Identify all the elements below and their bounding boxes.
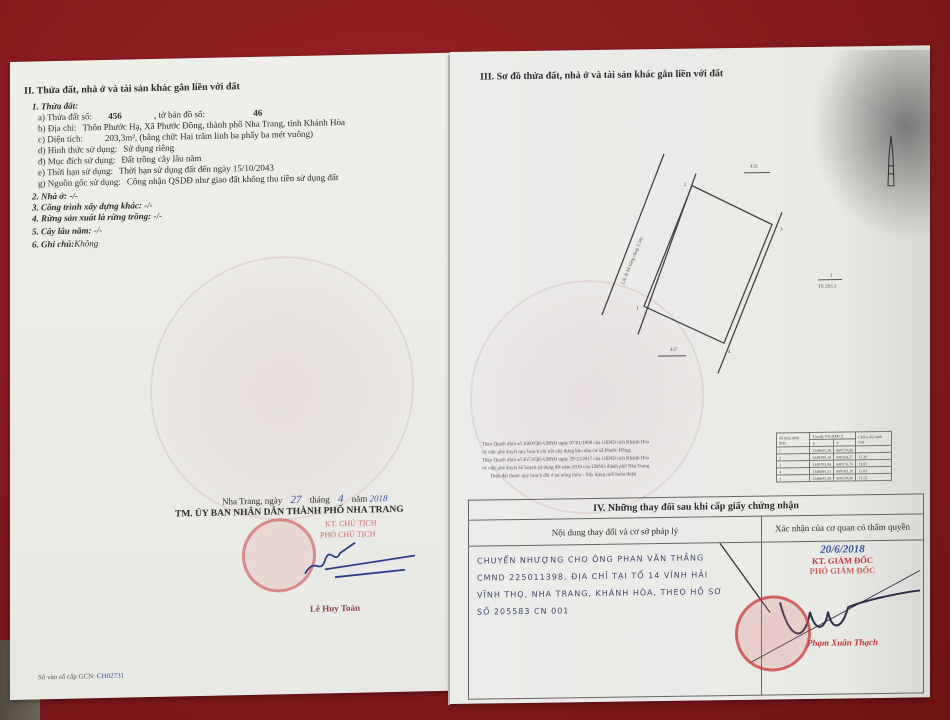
signature-left	[285, 533, 425, 581]
item-notes: 6. Ghi chú:Không	[32, 238, 98, 249]
svg-text:437: 437	[670, 348, 678, 353]
registry-number-line: Số vào sổ cấp GCN: CH02731	[38, 672, 124, 682]
section-ii-title: II. Thửa đất, nhà ở và tài sản khác gắn …	[24, 81, 240, 97]
svg-text:1: 1	[636, 306, 639, 311]
svg-text:3: 3	[780, 227, 783, 232]
north-arrow-icon	[884, 136, 898, 188]
item-perennial-trees: 5. Cây lâu năm: -/-	[32, 225, 102, 236]
certificate-right-page: III. Sơ đồ thửa đất, nhà ở và tài sản kh…	[450, 45, 930, 704]
svg-text:4: 4	[728, 350, 731, 355]
signer-name-left: Lê Huy Toàn	[310, 603, 360, 614]
svg-text:Lối đi bê tông rộng 3.5m: Lối đi bê tông rộng 3.5m	[621, 237, 644, 286]
signing-role-1: KT. CHỦ TỊCH	[325, 518, 376, 528]
land-heading: 1. Thửa đất:	[32, 101, 78, 112]
item-house: 2. Nhà ở: -/-	[32, 191, 78, 202]
svg-text:TS 203.3: TS 203.3	[818, 285, 837, 290]
svg-text:433: 433	[750, 165, 758, 170]
section-iii-title: III. Sơ đồ thửa đất, nhà ở và tài sản kh…	[480, 68, 723, 82]
map-sheet-number: 46	[253, 108, 262, 118]
svg-text:1: 1	[830, 274, 833, 279]
certificate-left-page: II. Thửa đất, nhà ở và tài sản khác gắn …	[10, 53, 450, 700]
registry-number: CH02731	[97, 672, 124, 681]
item-planted-forest: 4. Rừng sản xuất là rừng trồng: -/-	[32, 211, 162, 224]
svg-text:2: 2	[684, 183, 687, 188]
table-row: 11348695,38600570,6613,52	[777, 473, 892, 482]
coordinate-table: Số hiệu đỉnh thửa Tọa độ VN-2000 X Chiều…	[776, 431, 892, 483]
planning-notes: Theo Quyết định số 1660/QĐ-UBND ngày 07/…	[482, 439, 649, 481]
emblem-watermark	[150, 254, 414, 524]
parcel-map: 2 3 4 1 Lối đi bê tông rộng 3.5m 433 437…	[600, 141, 860, 385]
parcel-number: 456	[108, 111, 122, 121]
